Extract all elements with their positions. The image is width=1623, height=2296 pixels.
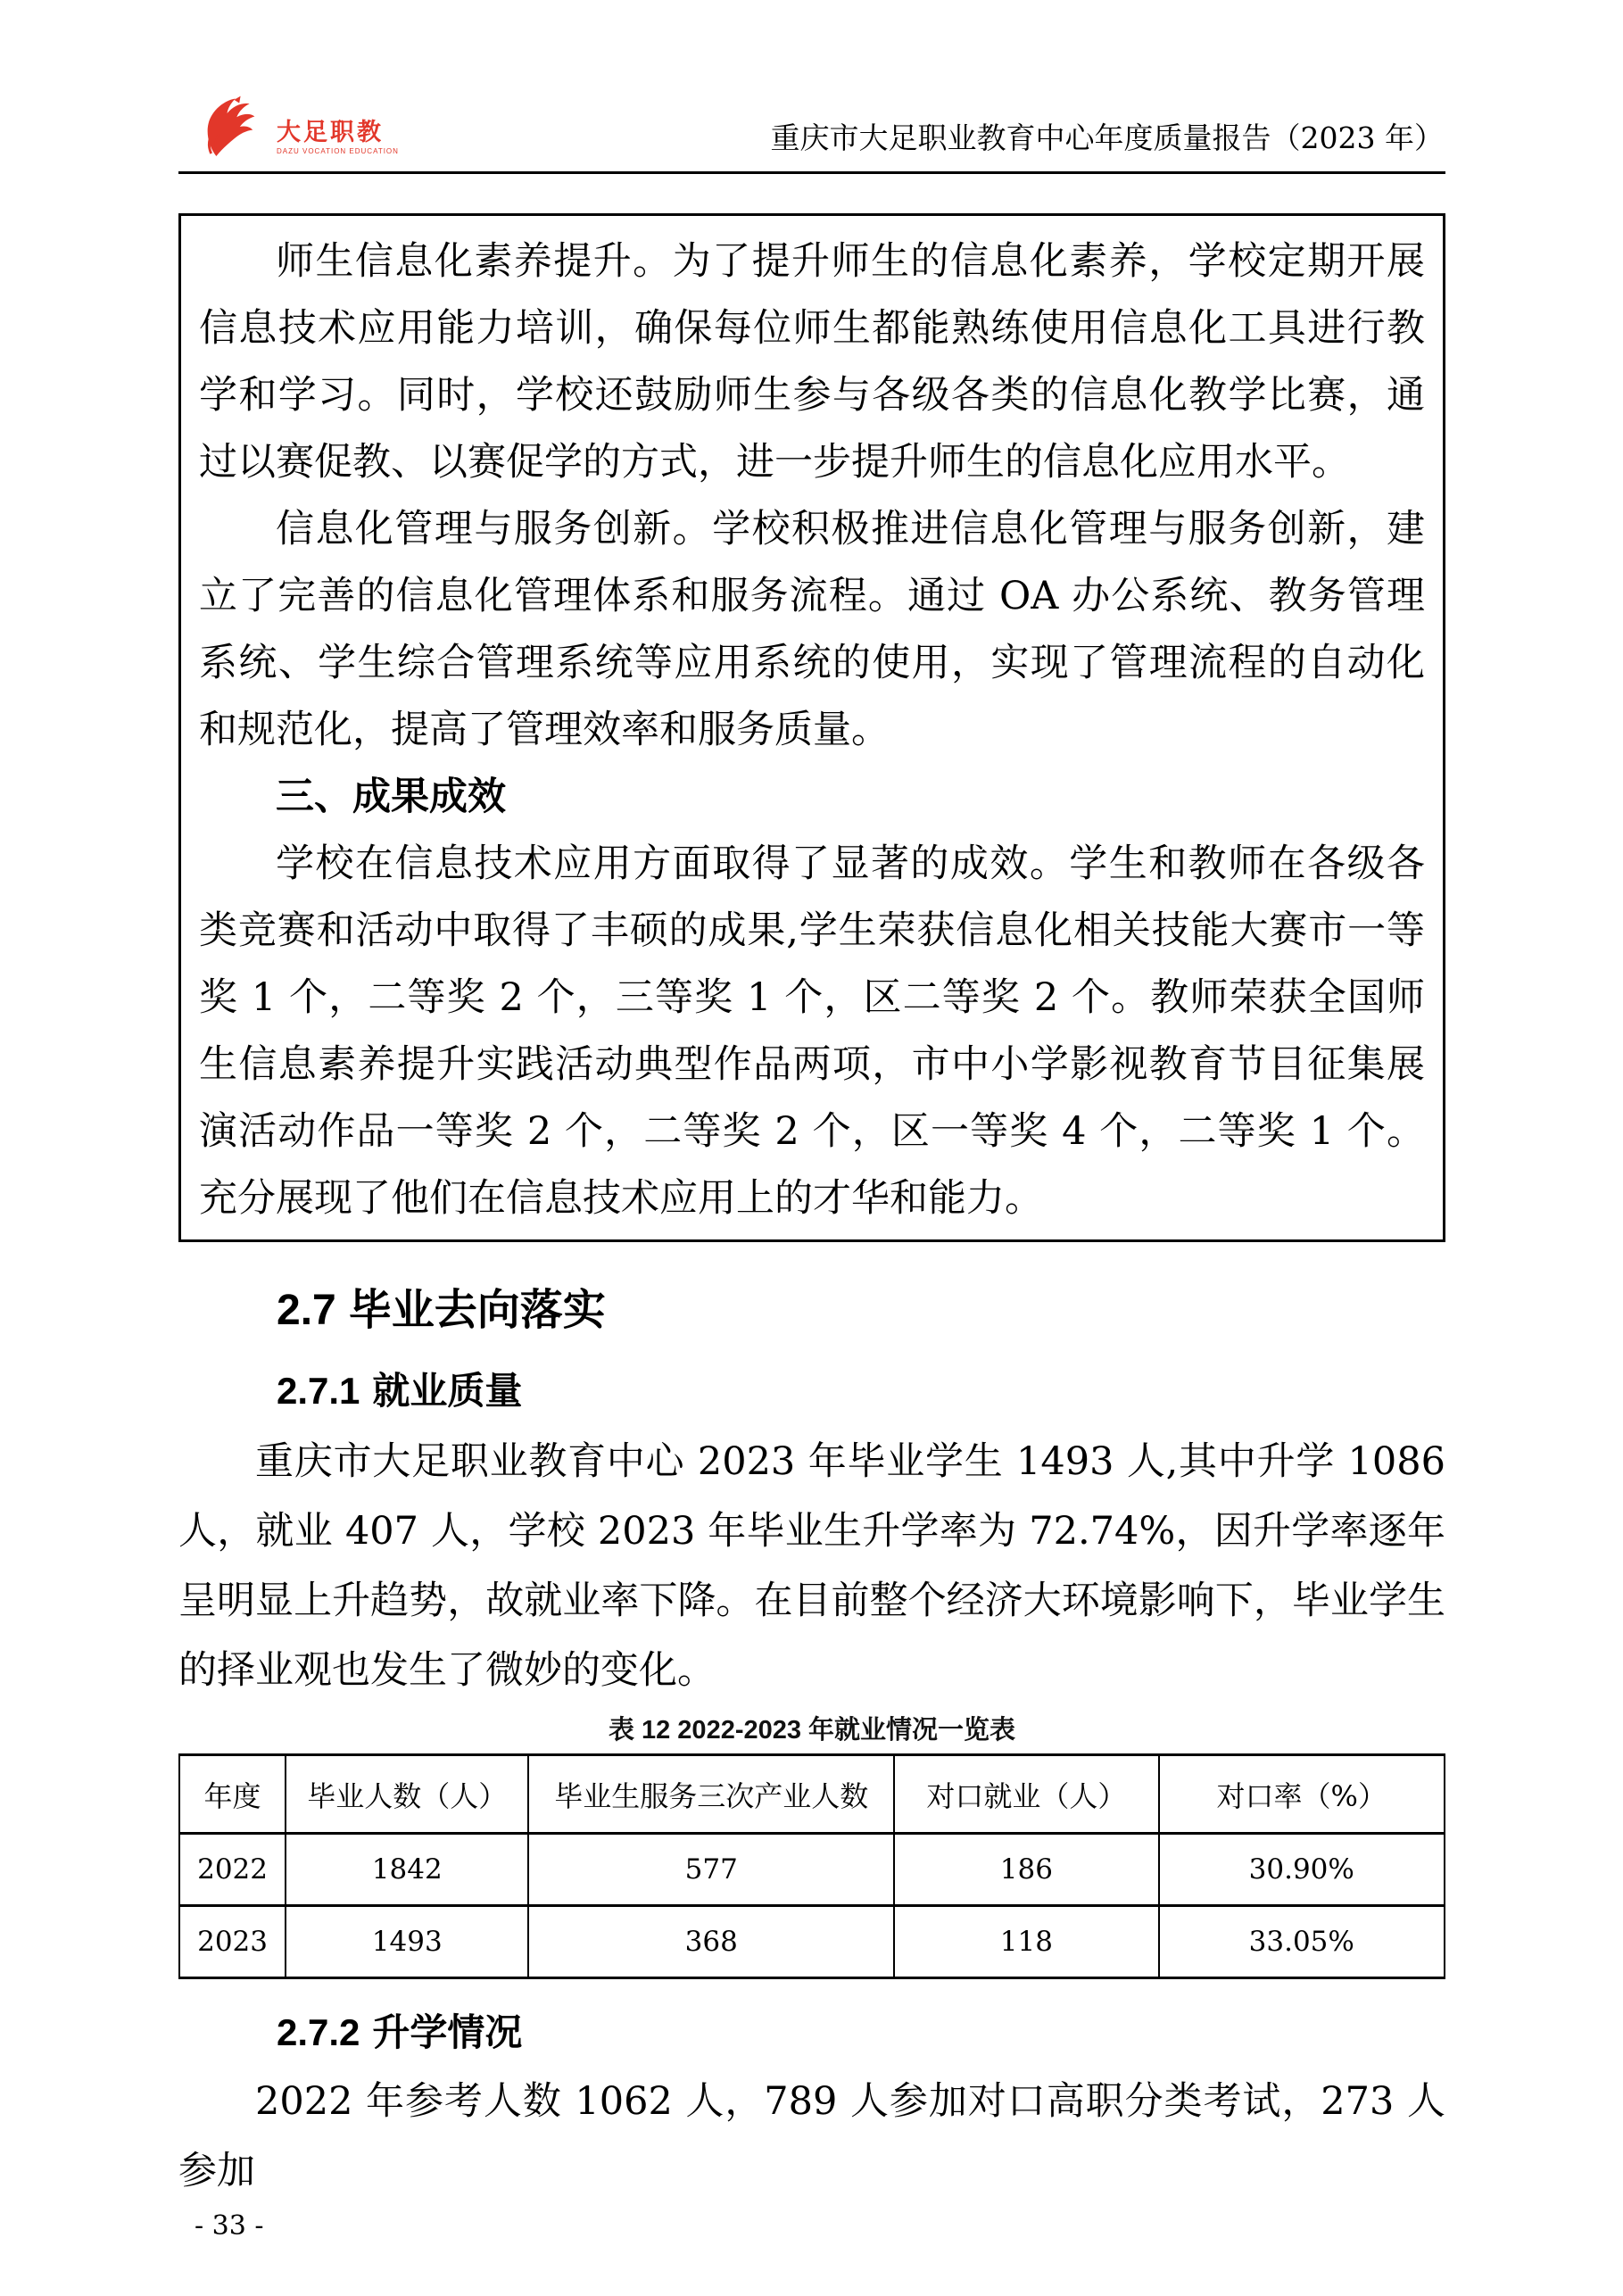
col-header-year: 年度 <box>179 1755 286 1834</box>
employment-table: 年度 毕业人数（人） 毕业生服务三次产业人数 对口就业（人） 对口率（%） 20… <box>178 1753 1445 1979</box>
table-row-2023: 2023 1493 368 118 33.05% <box>179 1906 1445 1978</box>
school-logo-row: 大足职教 DAZU VOCATION EDUCATION <box>195 95 399 159</box>
further-study-paragraph: 2022 年参考人数 1062 人，789 人参加对口高职分类考试，273 人参… <box>178 2067 1445 2206</box>
cell-graduates-2023: 1493 <box>286 1906 528 1978</box>
col-header-matched-employment: 对口就业（人） <box>894 1755 1158 1834</box>
page-header: 大足职教 DAZU VOCATION EDUCATION 重庆市大足职业教育中心… <box>178 0 1445 174</box>
school-logo: 大足职教 DAZU VOCATION EDUCATION <box>195 95 399 159</box>
col-header-graduates: 毕业人数（人） <box>286 1755 528 1834</box>
employment-quality-paragraph: 重庆市大足职业教育中心 2023 年毕业学生 1493 人,其中升学 1086 … <box>178 1427 1445 1705</box>
school-logo-subtitle: DAZU VOCATION EDUCATION <box>277 148 399 155</box>
phoenix-logo-icon <box>195 95 271 159</box>
section-number-2-7-1: 2.7.1 <box>277 1370 360 1412</box>
bordered-text-box: 师生信息化素养提升。为了提升师生的信息化素养，学校定期开展信息技术应用能力培训，… <box>178 213 1445 1242</box>
section-title-2-7: 毕业去向落实 <box>349 1285 606 1335</box>
section-number-2-7: 2.7 <box>277 1287 336 1334</box>
col-header-match-rate: 对口率（%） <box>1159 1755 1445 1834</box>
page-content: 大足职教 DAZU VOCATION EDUCATION 重庆市大足职业教育中心… <box>178 0 1445 2242</box>
section-number-2-7-2: 2.7.2 <box>277 2011 360 2053</box>
col-header-tertiary-industry: 毕业生服务三次产业人数 <box>528 1755 894 1834</box>
report-page: 大足职教 DAZU VOCATION EDUCATION 重庆市大足职业教育中心… <box>0 0 1623 2296</box>
cell-year-2022: 2022 <box>179 1834 286 1906</box>
cell-matched-2022: 186 <box>894 1834 1158 1906</box>
cell-rate-2022: 30.90% <box>1159 1834 1445 1906</box>
box-paragraph-informatization-literacy: 师生信息化素养提升。为了提升师生的信息化素养，学校定期开展信息技术应用能力培训，… <box>199 228 1425 496</box>
table-row-2022: 2022 1842 577 186 30.90% <box>179 1834 1445 1906</box>
section-heading-2-7: 2.7毕业去向落实 <box>178 1283 1445 1338</box>
section-title-2-7-1: 就业质量 <box>372 1369 522 1413</box>
cell-matched-2023: 118 <box>894 1906 1158 1978</box>
page-number: - 33 - <box>195 2211 1445 2242</box>
school-logo-texts: 大足职教 DAZU VOCATION EDUCATION <box>277 120 399 155</box>
table-header-row: 年度 毕业人数（人） 毕业生服务三次产业人数 对口就业（人） 对口率（%） <box>179 1755 1445 1834</box>
section-heading-2-7-1: 2.7.1就业质量 <box>178 1368 1445 1414</box>
section-heading-2-7-2: 2.7.2升学情况 <box>178 2010 1445 2056</box>
box-paragraph-management-innovation: 信息化管理与服务创新。学校积极推进信息化管理与服务创新，建立了完善的信息化管理体… <box>199 496 1425 764</box>
box-heading-achievements: 三、成果成效 <box>199 764 1425 831</box>
cell-tertiary-2023: 368 <box>528 1906 894 1978</box>
cell-rate-2023: 33.05% <box>1159 1906 1445 1978</box>
box-paragraph-achievements: 学校在信息技术应用方面取得了显著的成效。学生和教师在各级各类竞赛和活动中取得了丰… <box>199 831 1425 1232</box>
report-header-title: 重庆市大足职业教育中心年度质量报告（2023 年） <box>771 115 1444 157</box>
school-logo-name: 大足职教 <box>277 120 399 145</box>
table-caption: 表 12 2022-2023 年就业情况一览表 <box>178 1714 1445 1746</box>
cell-year-2023: 2023 <box>179 1906 286 1978</box>
section-title-2-7-2: 升学情况 <box>372 2010 522 2054</box>
cell-tertiary-2022: 577 <box>528 1834 894 1906</box>
cell-graduates-2022: 1842 <box>286 1834 528 1906</box>
